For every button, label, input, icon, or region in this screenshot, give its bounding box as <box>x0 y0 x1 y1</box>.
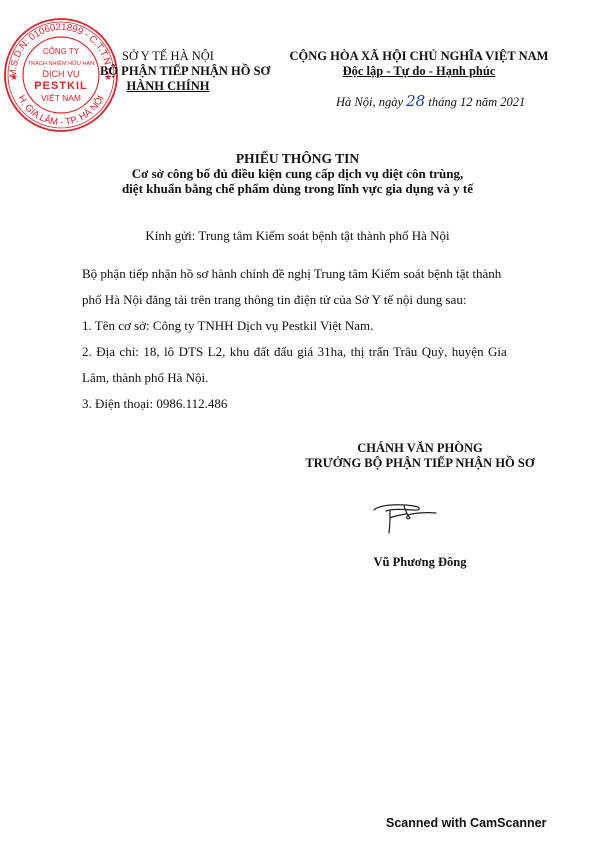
signer-title-2: TRƯỞNG BỘ PHẬN TIẾP NHẬN HỒ SƠ <box>300 456 540 471</box>
signer-name: Vũ Phương Đông <box>300 555 540 570</box>
department-name: SỞ Y TẾ HÀ NỘI <box>108 49 228 64</box>
stamp-line-1: CÔNG TY <box>43 47 80 56</box>
svg-text:★: ★ <box>10 72 18 82</box>
date-prefix: Hà Nội, ngày <box>336 95 406 109</box>
signer-title-1: CHÁNH VĂN PHÒNG <box>300 441 540 456</box>
stamp-line-4: PESTKIL <box>34 80 87 92</box>
national-motto: Độc lập - Tự do - Hạnh phúc <box>278 64 560 79</box>
document-title: PHIẾU THÔNG TIN <box>0 151 595 167</box>
document-subtitle-1: Cơ sở công bố đủ điều kiện cung cấp dịch… <box>0 166 595 182</box>
date-suffix: tháng 12 năm 2021 <box>425 95 525 109</box>
unit-name-line-2-text: HÀNH CHÍNH <box>127 79 210 93</box>
national-title: CỘNG HÒA XÃ HỘI CHỦ NGHĨA VIỆT NAM <box>278 49 560 64</box>
date-day-handwritten: 28 <box>406 92 425 110</box>
intro-line-2: phố Hà Nội đăng tải trên trang thông tin… <box>82 292 466 308</box>
unit-name-line-1: BỘ PHẬN TIẾP NHẬN HỒ SƠ <box>100 64 240 79</box>
stamp-line-3: DỊCH VỤ <box>42 69 79 79</box>
item-phone: 3. Điện thoại: 0986.112.486 <box>82 396 227 412</box>
document-date: Hà Nội, ngày 28 tháng 12 năm 2021 <box>336 92 525 110</box>
recipient: Kính gửi: Trung tâm Kiểm soát bệnh tật t… <box>0 228 595 244</box>
item-address-line-1: 2. Địa chỉ: 18, lô DTS L2, khu đất đấu g… <box>82 344 507 360</box>
item-facility-name: 1. Tên cơ sở: Công ty TNHH Dịch vụ Pestk… <box>82 318 373 334</box>
camscanner-watermark: Scanned with CamScanner <box>386 816 546 830</box>
stamp-line-5: VIỆT NAM <box>41 93 81 103</box>
national-motto-text: Độc lập - Tự do - Hạnh phúc <box>343 64 496 78</box>
document-subtitle-2: diệt khuẩn bằng chế phẩm dùng trong lĩnh… <box>0 181 595 197</box>
item-address-line-2: Lâm, thành phố Hà Nội. <box>82 370 208 386</box>
unit-name-line-2: HÀNH CHÍNH <box>108 79 228 94</box>
intro-line-1: Bộ phận tiếp nhận hồ sơ hành chính đề ng… <box>82 266 501 282</box>
handwritten-signature <box>370 496 450 536</box>
stamp-line-2: TRÁCH NHIỆM HỮU HẠN <box>28 59 95 67</box>
